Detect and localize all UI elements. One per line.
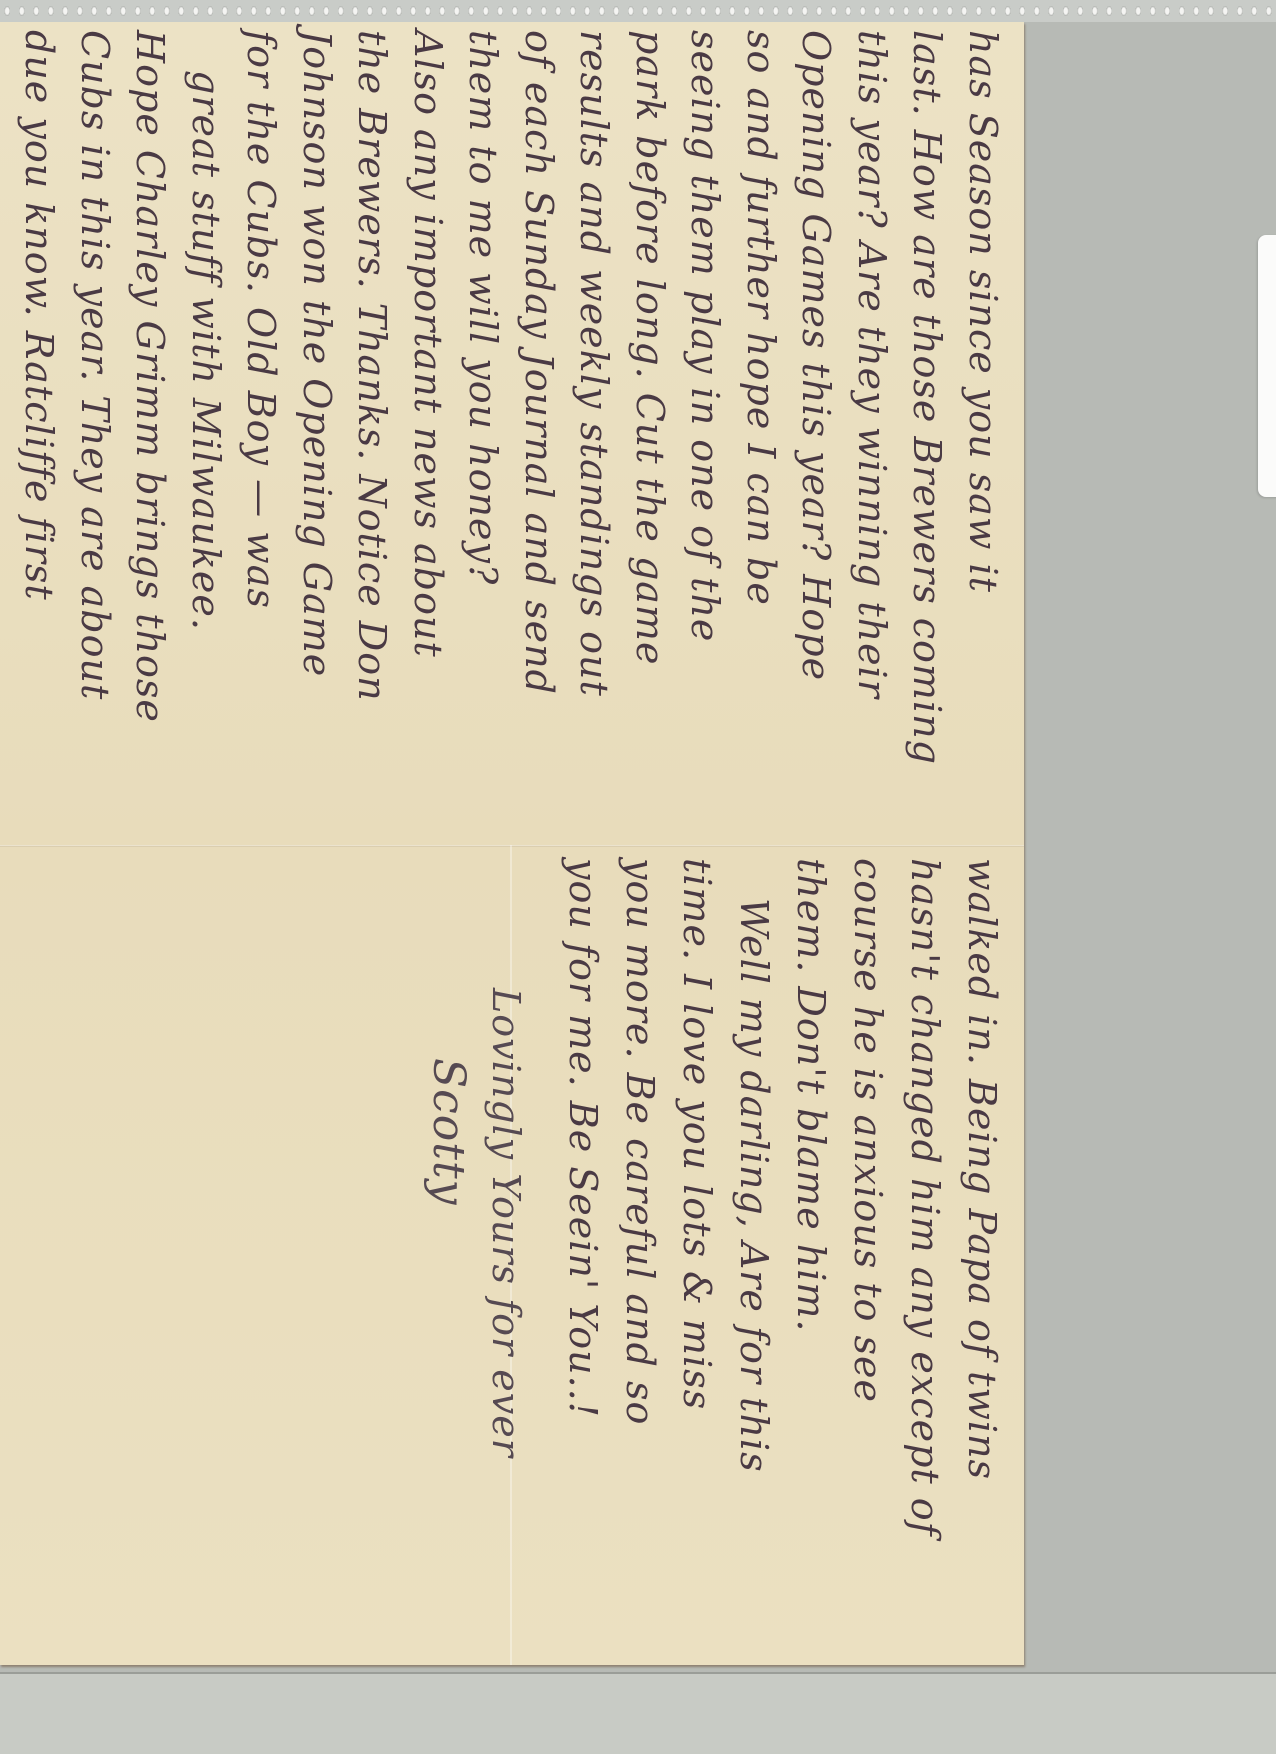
letter-line: you for me. Be Seein' You..! xyxy=(554,858,611,1658)
letter-line: due you know. Ratcliffe first xyxy=(11,30,67,830)
letter-line: of each Sunday Journal and send xyxy=(511,30,567,830)
letter-line: so and further hope I can be xyxy=(733,30,789,830)
letter-line: course he is anxious to see xyxy=(839,858,896,1658)
letter-page-bottom: walked in. Being Papa of twins hasn't ch… xyxy=(420,858,1010,1658)
letter-line: them to me will you honey? xyxy=(455,30,511,830)
letter-line: seeing them play in one of the xyxy=(677,30,733,830)
letter-page-top: has Season since you saw it last. How ar… xyxy=(11,30,1010,830)
letter-closing: Lovingly Yours for ever xyxy=(477,858,534,1658)
letter-line: hasn't changed him any except of xyxy=(896,858,953,1658)
letter-line: has Season since you saw it xyxy=(955,30,1011,830)
letter-line: results and weekly standings out xyxy=(566,30,622,830)
binder-hole-strip xyxy=(0,0,1276,22)
letter-line: Cubs in this year. They are about xyxy=(67,30,123,830)
letter-line: you more. Be careful and so xyxy=(611,858,668,1658)
letter-line: Johnson won the Opening Game xyxy=(289,30,345,830)
letter-line: time. I love you lots & miss xyxy=(668,858,725,1658)
letter-line: last. How are those Brewers coming xyxy=(899,30,955,830)
scanner-bed-lower-band xyxy=(0,1672,1276,1754)
letter-signature: Scotty xyxy=(420,858,477,1658)
scanner-side-tab xyxy=(1258,235,1276,497)
letter-line: the Brewers. Thanks. Notice Don xyxy=(344,30,400,830)
letter-line: park before long. Cut the game xyxy=(622,30,678,830)
letter-line: great stuff with Milwaukee. xyxy=(178,30,234,830)
letter-line: this year? Are they winning their xyxy=(844,30,900,830)
letter-line: Hope Charley Grimm brings those xyxy=(122,30,178,830)
letter-line: walked in. Being Papa of twins xyxy=(953,858,1010,1658)
closing-block: Lovingly Yours for ever Scotty xyxy=(420,858,534,1658)
letter-line: Well my darling, Are for this xyxy=(725,858,782,1658)
letter-line: for the Cubs. Old Boy — was xyxy=(233,30,289,830)
horizontal-fold-line xyxy=(0,845,1024,847)
letter-line: them. Don't blame him. xyxy=(782,858,839,1658)
letter-line: Also any important news about xyxy=(400,30,456,830)
letter-line: Opening Games this year? Hope xyxy=(788,30,844,830)
